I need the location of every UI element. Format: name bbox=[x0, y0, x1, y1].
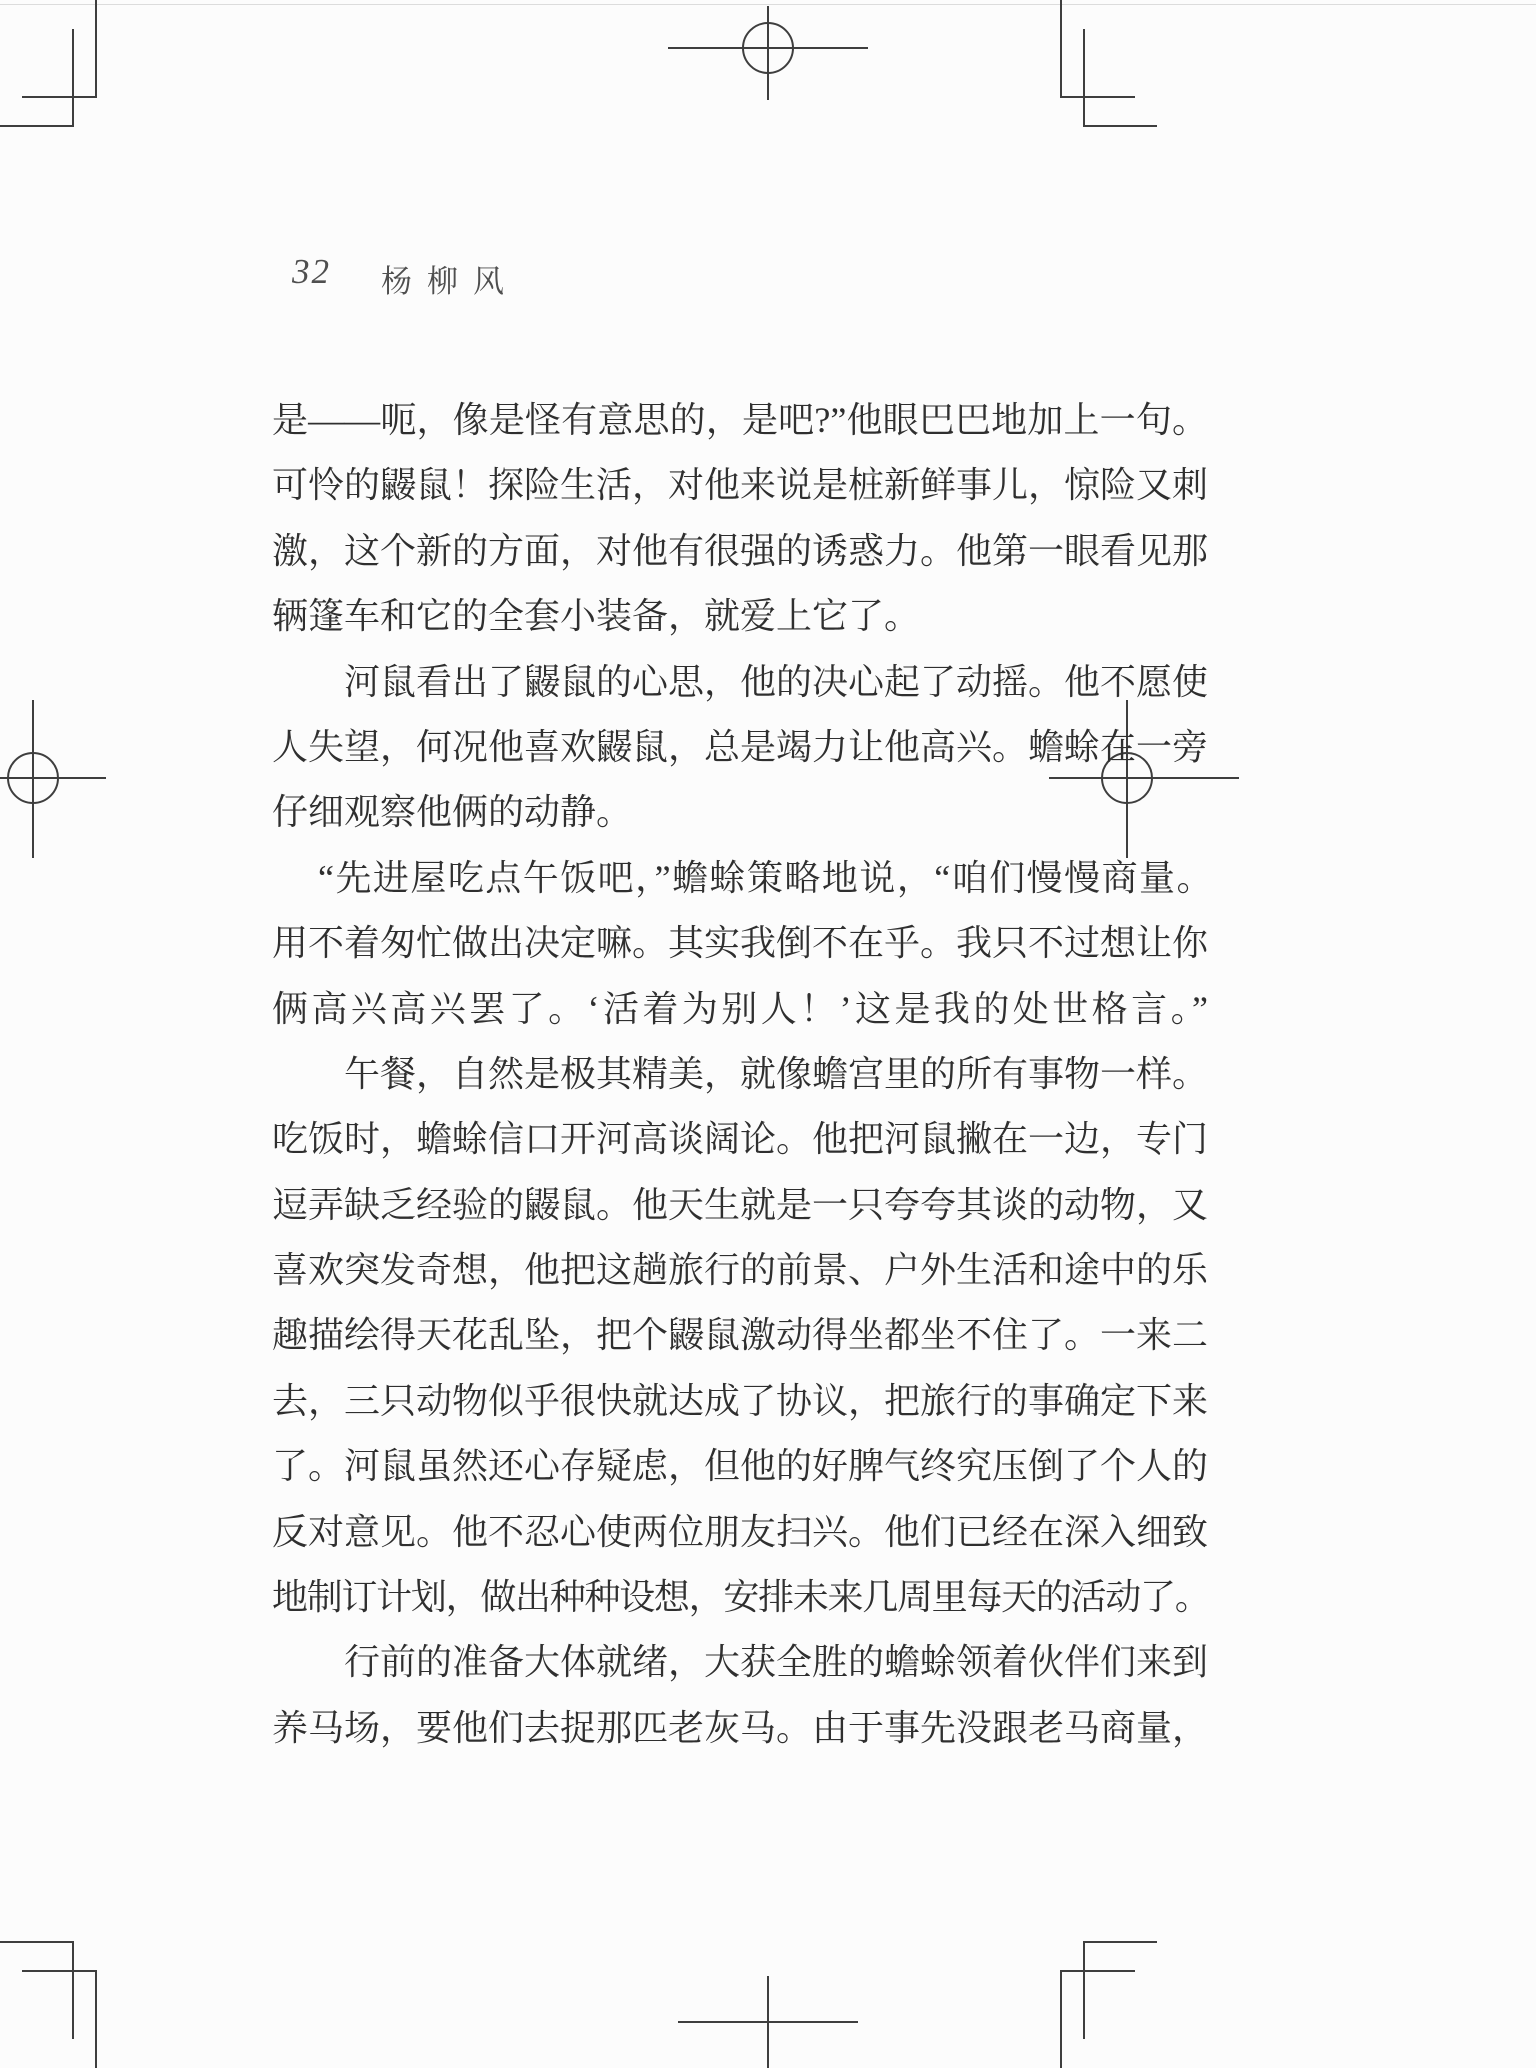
crop-mark-line bbox=[1060, 0, 1062, 98]
text-line: 了。河鼠虽然还心存疑虑，但他的好脾气终究压倒了个人的 bbox=[272, 1434, 1208, 1499]
crop-mark-line bbox=[22, 96, 97, 98]
text-line: 行前的准备大体就绪，大获全胜的蟾蜍领着伙伴们来到 bbox=[272, 1630, 1208, 1695]
crop-mark-line bbox=[1060, 1970, 1135, 1972]
crop-mark-line bbox=[95, 1970, 97, 2068]
crop-mark-line bbox=[22, 1970, 97, 1972]
book-title: 杨柳风 bbox=[381, 256, 519, 301]
crop-mark-line bbox=[72, 1941, 74, 2039]
book-page: 32 杨柳风 是——呃，像是怪有意思的，是吧?”他眼巴巴地加上一句。可怜的鼹鼠！… bbox=[0, 0, 1536, 2068]
crop-mark-line bbox=[1060, 96, 1135, 98]
text-line: 养马场，要他们去捉那匹老灰马。由于事先没跟老马商量， bbox=[272, 1696, 1208, 1761]
registration-circle-icon bbox=[7, 752, 59, 804]
crop-mark-line bbox=[0, 1941, 74, 1943]
crop-mark-line bbox=[1083, 1941, 1085, 2039]
text-line: 吃饭时，蟾蜍信口开河高谈阔论。他把河鼠撇在一边，专门 bbox=[272, 1107, 1208, 1172]
page-number: 32 bbox=[292, 252, 331, 292]
text-line: 是——呃，像是怪有意思的，是吧?”他眼巴巴地加上一句。 bbox=[272, 388, 1208, 453]
text-line: 人失望，何况他喜欢鼹鼠，总是竭力让他高兴。蟾蜍在一旁 bbox=[272, 715, 1208, 780]
crop-mark-line bbox=[72, 29, 74, 127]
text-line: 激，这个新的方面，对他有很强的诱惑力。他第一眼看见那 bbox=[272, 519, 1208, 584]
text-line: 反对意见。他不忍心使两位朋友扫兴。他们已经在深入细致 bbox=[272, 1500, 1208, 1565]
text-line: “先进屋吃点午饭吧，”蟾蜍策略地说，“咱们慢慢商量。 bbox=[272, 846, 1208, 911]
crop-mark-line bbox=[1083, 29, 1085, 127]
crosshair-icon bbox=[678, 2021, 858, 2023]
text-line: 用不着匆忙做出决定嘛。其实我倒不在乎。我只不过想让你 bbox=[272, 911, 1208, 976]
text-line: 喜欢突发奇想，他把这趟旅行的前景、户外生活和途中的乐 bbox=[272, 1238, 1208, 1303]
text-line: 去，三只动物似乎很快就达成了协议，把旅行的事确定下来 bbox=[272, 1369, 1208, 1434]
scan-edge-line bbox=[0, 4, 1536, 5]
page-header: 32 杨柳风 bbox=[0, 252, 1536, 298]
text-line: 俩高兴高兴罢了。‘活着为别人！’这是我的处世格言。” bbox=[272, 977, 1208, 1042]
text-line: 逗弄缺乏经验的鼹鼠。他天生就是一只夸夸其谈的动物，又 bbox=[272, 1173, 1208, 1238]
text-line: 辆篷车和它的全套小装备，就爱上它了。 bbox=[272, 584, 1208, 649]
text-line: 可怜的鼹鼠！探险生活，对他来说是桩新鲜事儿，惊险又刺 bbox=[272, 453, 1208, 518]
registration-circle-icon bbox=[742, 22, 794, 74]
text-line: 仔细观察他俩的动静。 bbox=[272, 780, 1208, 845]
crop-mark-line bbox=[95, 0, 97, 98]
crop-mark-line bbox=[0, 125, 74, 127]
text-line: 午餐，自然是极其精美，就像蟾宫里的所有事物一样。 bbox=[272, 1042, 1208, 1107]
text-line: 地制订计划，做出种种设想，安排未来几周里每天的活动了。 bbox=[272, 1565, 1208, 1630]
text-line: 趣描绘得天花乱坠，把个鼹鼠激动得坐都坐不住了。一来二 bbox=[272, 1303, 1208, 1368]
body-text: 是——呃，像是怪有意思的，是吧?”他眼巴巴地加上一句。可怜的鼹鼠！探险生活，对他… bbox=[272, 388, 1208, 1761]
crop-mark-line bbox=[1083, 125, 1157, 127]
crop-mark-line bbox=[1083, 1941, 1157, 1943]
text-line: 河鼠看出了鼹鼠的心思，他的决心起了动摇。他不愿使 bbox=[272, 650, 1208, 715]
crop-mark-line bbox=[1060, 1970, 1062, 2068]
